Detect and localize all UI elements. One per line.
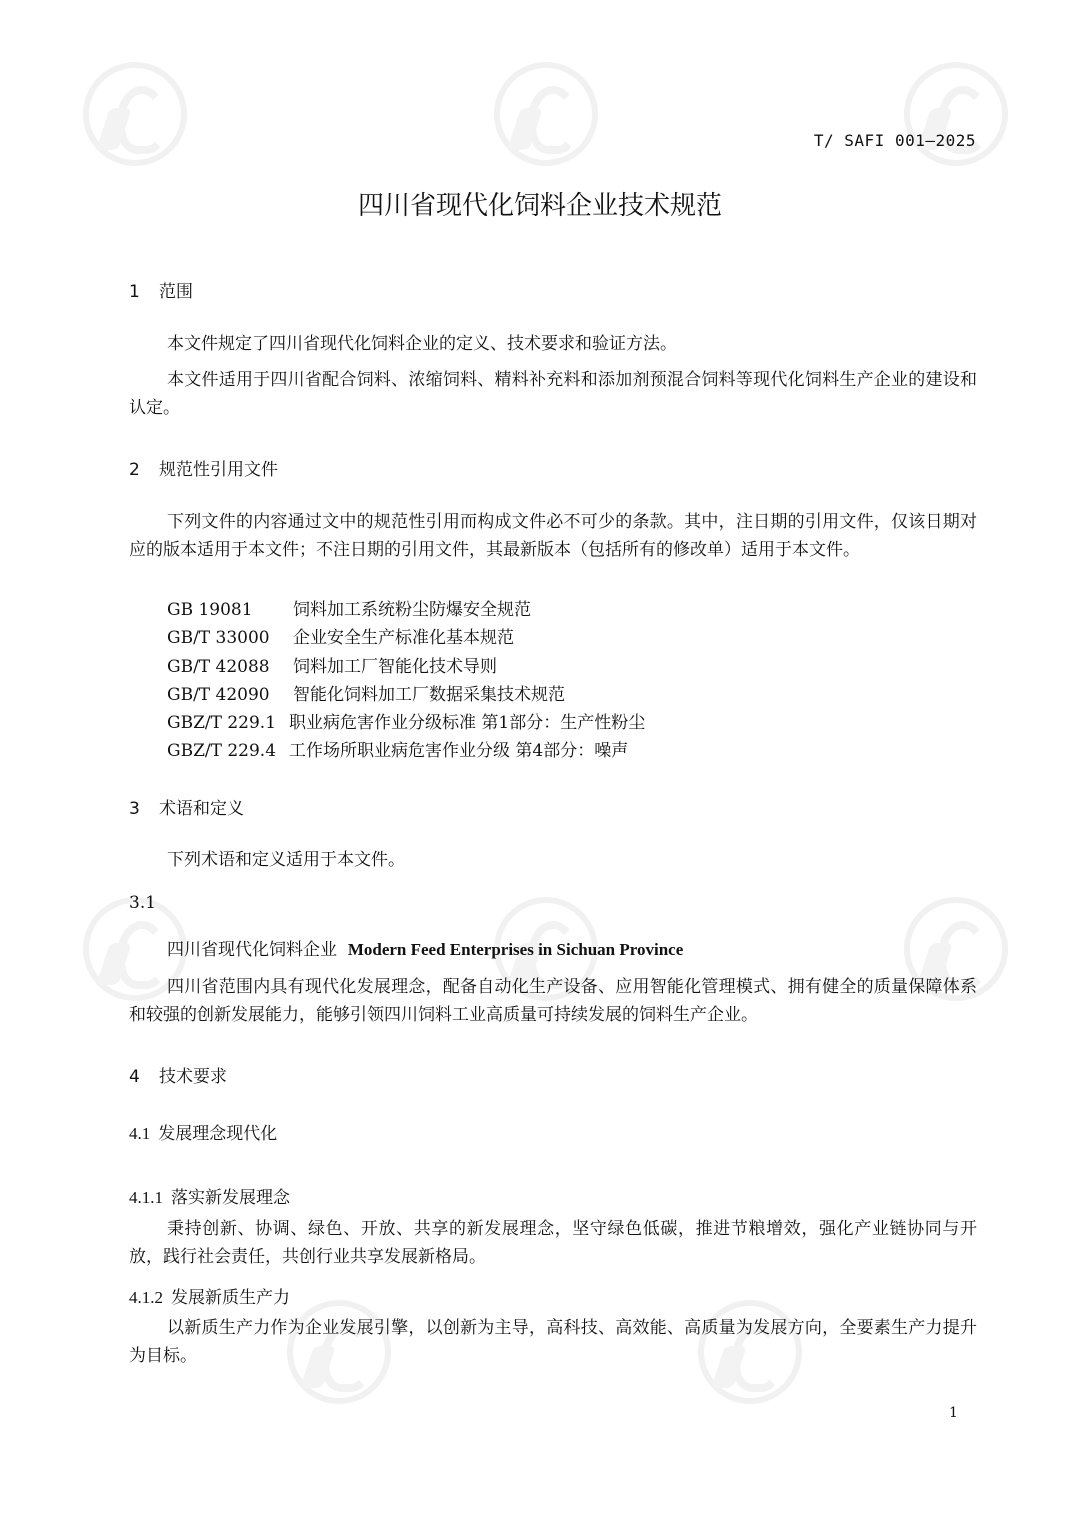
page-number: 1 — [949, 1405, 958, 1421]
term-title: 四川省现代化饲料企业 Modern Feed Enterprises in Si… — [167, 935, 683, 960]
section-4-1-heading: 4.1发展理念现代化 — [129, 1119, 277, 1144]
document-title: 四川省现代化饲料企业技术规范 — [0, 185, 1080, 222]
section-4-1-1-para: 秉持创新、协调、绿色、开放、共享的新发展理念，坚守绿色低碳，推进节粮增效，强化产… — [129, 1215, 977, 1271]
term-number: 3.1 — [129, 893, 156, 913]
watermark-logo-icon — [83, 62, 187, 166]
section-1-para-1: 本文件规定了四川省现代化饲料企业的定义、技术要求和验证方法。 — [129, 330, 977, 358]
standard-number: T/ SAFI 001—2025 — [814, 131, 976, 150]
ref-item: GB/T 33000企业安全生产标准化基本规范 — [167, 623, 514, 648]
section-3-para: 下列术语和定义适用于本文件。 — [129, 846, 977, 874]
section-4-1-2-para: 以新质生产力作为企业发展引擎，以创新为主导，高科技、高效能、高质量为发展方向，全… — [129, 1314, 977, 1370]
section-3-heading: 3术语和定义 — [129, 794, 244, 819]
section-4-1-1-heading: 4.1.1落实新发展理念 — [129, 1183, 290, 1208]
ref-item: GBZ/T 229.4工作场所职业病危害作业分级 第4部分：噪声 — [167, 736, 628, 761]
watermark-logo-icon — [904, 62, 1008, 166]
section-4-heading: 4技术要求 — [129, 1062, 227, 1087]
section-4-1-2-heading: 4.1.2发展新质生产力 — [129, 1283, 290, 1308]
ref-item: GB/T 42088饲料加工厂智能化技术导则 — [167, 652, 497, 677]
watermark-logo-icon — [494, 62, 598, 166]
term-definition: 四川省范围内具有现代化发展理念，配备自动化生产设备、应用智能化管理模式、拥有健全… — [129, 973, 977, 1029]
ref-item: GBZ/T 229.1职业病危害作业分级标准 第1部分：生产性粉尘 — [167, 708, 645, 733]
section-1-heading: 1范围 — [129, 277, 193, 302]
ref-item: GB/T 42090智能化饲料加工厂数据采集技术规范 — [167, 680, 565, 705]
ref-item: GB 19081饲料加工系统粉尘防爆安全规范 — [167, 595, 531, 620]
section-2-para: 下列文件的内容通过文中的规范性引用而构成文件必不可少的条款。其中，注日期的引用文… — [129, 508, 977, 564]
section-2-heading: 2规范性引用文件 — [129, 455, 278, 480]
section-1-para-2: 本文件适用于四川省配合饲料、浓缩饲料、精料补充料和添加剂预混合饲料等现代化饲料生… — [129, 366, 977, 422]
